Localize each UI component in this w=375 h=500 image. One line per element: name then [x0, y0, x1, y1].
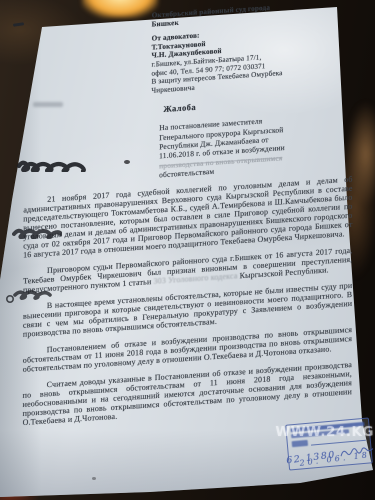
marker-scribble-icon [6, 289, 54, 303]
faint-margin-note [33, 102, 63, 107]
document-content: Октябрьский районный суд города Бишкек О… [23, 0, 354, 427]
paper-speck [92, 477, 96, 480]
stamp-label [292, 440, 308, 447]
subject-block: На постановление заместителя Генеральног… [159, 112, 341, 180]
marker-scribble-icon [16, 158, 92, 172]
body-paragraph-1: 21 ноября 2017 года судебной коллегией п… [23, 175, 352, 260]
marker-scribble-icon [12, 227, 62, 239]
photo-frame: Октябрьский районный суд города Бишкек О… [0, 0, 375, 500]
ink-speck [124, 160, 130, 164]
document-title: Жалоба [163, 93, 353, 115]
document-header: Октябрьский районный суд города Бишкек О… [151, 0, 347, 95]
news-agency-watermark: WWW.24.KG [275, 424, 374, 440]
